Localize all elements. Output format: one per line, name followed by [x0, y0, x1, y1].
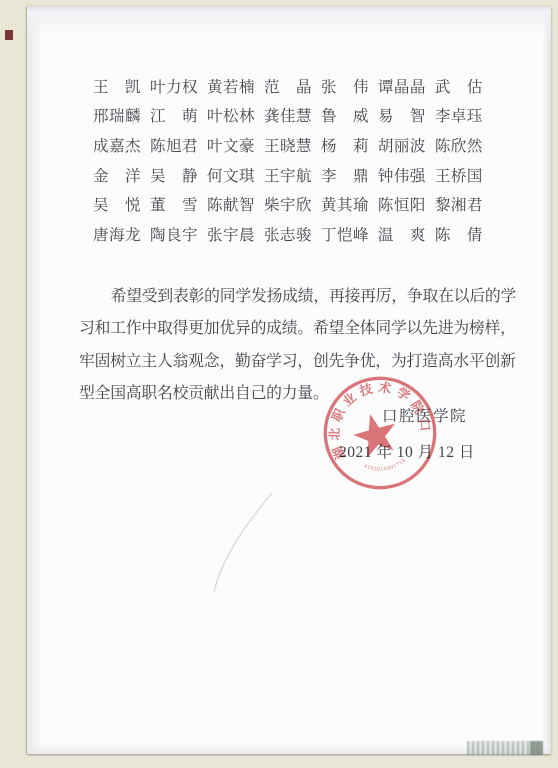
paragraph-line: 习和工作中取得更加优异的成绩。希望全体同学以先进为榜样， [79, 313, 499, 345]
name-row: 王 凯叶力权黄若楠范 晶张 伟谭晶晶武 估 [93, 71, 483, 101]
student-name: 龚佳慧 [264, 104, 312, 126]
student-name: 鲁 威 [321, 104, 369, 126]
scan-mark [5, 30, 13, 40]
student-name: 董 雪 [150, 193, 198, 215]
scanner-watermark [467, 741, 543, 755]
star-icon [349, 409, 401, 460]
student-name: 叶松林 [207, 104, 255, 126]
honor-name-list: 王 凯叶力权黄若楠范 晶张 伟谭晶晶武 估邢瑞麟江 萌叶松林龚佳慧鲁 威易 智李… [93, 71, 483, 249]
student-name: 吴 悦 [93, 193, 141, 215]
student-name: 黄若楠 [207, 75, 255, 97]
name-row: 吴 悦董 雪陈献智柴宇欣黄其瑜陈恒阳黎湘君 [93, 189, 483, 219]
student-name: 吴 静 [150, 164, 198, 186]
student-name: 陈献智 [207, 193, 255, 215]
student-name: 黄其瑜 [321, 193, 369, 215]
student-name: 陶良宇 [150, 223, 198, 245]
official-seal: 湖北职业技术学院口腔医学院 4105010005718 [314, 367, 446, 499]
student-name: 易 智 [378, 104, 426, 126]
student-name: 谭晶晶 [378, 75, 426, 97]
student-name: 温 爽 [378, 223, 426, 245]
student-name: 成嘉杰 [93, 134, 141, 156]
student-name: 陈恒阳 [378, 193, 426, 215]
student-name: 李卓珏 [435, 104, 483, 126]
student-name: 李 鼎 [321, 164, 369, 186]
student-name: 王宇航 [264, 164, 312, 186]
student-name: 范 晶 [264, 75, 312, 97]
student-name: 王桥国 [435, 164, 483, 186]
student-name: 何文琪 [207, 164, 255, 186]
name-row: 成嘉杰陈旭君叶文豪王晓慧杨 莉胡丽波陈欣然 [93, 130, 483, 160]
document-page: 王 凯叶力权黄若楠范 晶张 伟谭晶晶武 估邢瑞麟江 萌叶松林龚佳慧鲁 威易 智李… [27, 6, 551, 754]
student-name: 杨 莉 [321, 134, 369, 156]
student-name: 张宇晨 [207, 223, 255, 245]
name-row: 金 洋吴 静何文琪王宇航李 鼎钟伟强王桥国 [93, 160, 483, 190]
name-row: 邢瑞麟江 萌叶松林龚佳慧鲁 威易 智李卓珏 [93, 101, 483, 131]
student-name: 金 洋 [93, 164, 141, 186]
student-name: 陈旭君 [150, 134, 198, 156]
student-name: 王晓慧 [264, 134, 312, 156]
student-name: 柴宇欣 [264, 193, 312, 215]
student-name: 黎湘君 [435, 193, 483, 215]
student-name: 张 伟 [321, 75, 369, 97]
seal-serial: 4105010005718 [362, 453, 409, 478]
student-name: 丁恺峰 [321, 223, 369, 245]
student-name: 张志骏 [264, 223, 312, 245]
student-name: 叶力权 [150, 75, 198, 97]
student-name: 胡丽波 [378, 134, 426, 156]
name-row: 唐海龙陶良宇张宇晨张志骏丁恺峰温 爽陈 倩 [93, 219, 483, 249]
paragraph-line: 希望受到表彰的同学发扬成绩，再接再厉，争取在以后的学 [79, 281, 499, 313]
student-name: 邢瑞麟 [93, 104, 141, 126]
student-name: 武 估 [435, 75, 483, 97]
svg-text:4105010005718: 4105010005718 [362, 453, 409, 478]
student-name: 叶文豪 [207, 134, 255, 156]
student-name: 陈 倩 [435, 223, 483, 245]
student-name: 江 萌 [150, 104, 198, 126]
student-name: 陈欣然 [435, 134, 483, 156]
student-name: 王 凯 [93, 75, 141, 97]
student-name: 唐海龙 [93, 223, 141, 245]
student-name: 钟伟强 [378, 164, 426, 186]
